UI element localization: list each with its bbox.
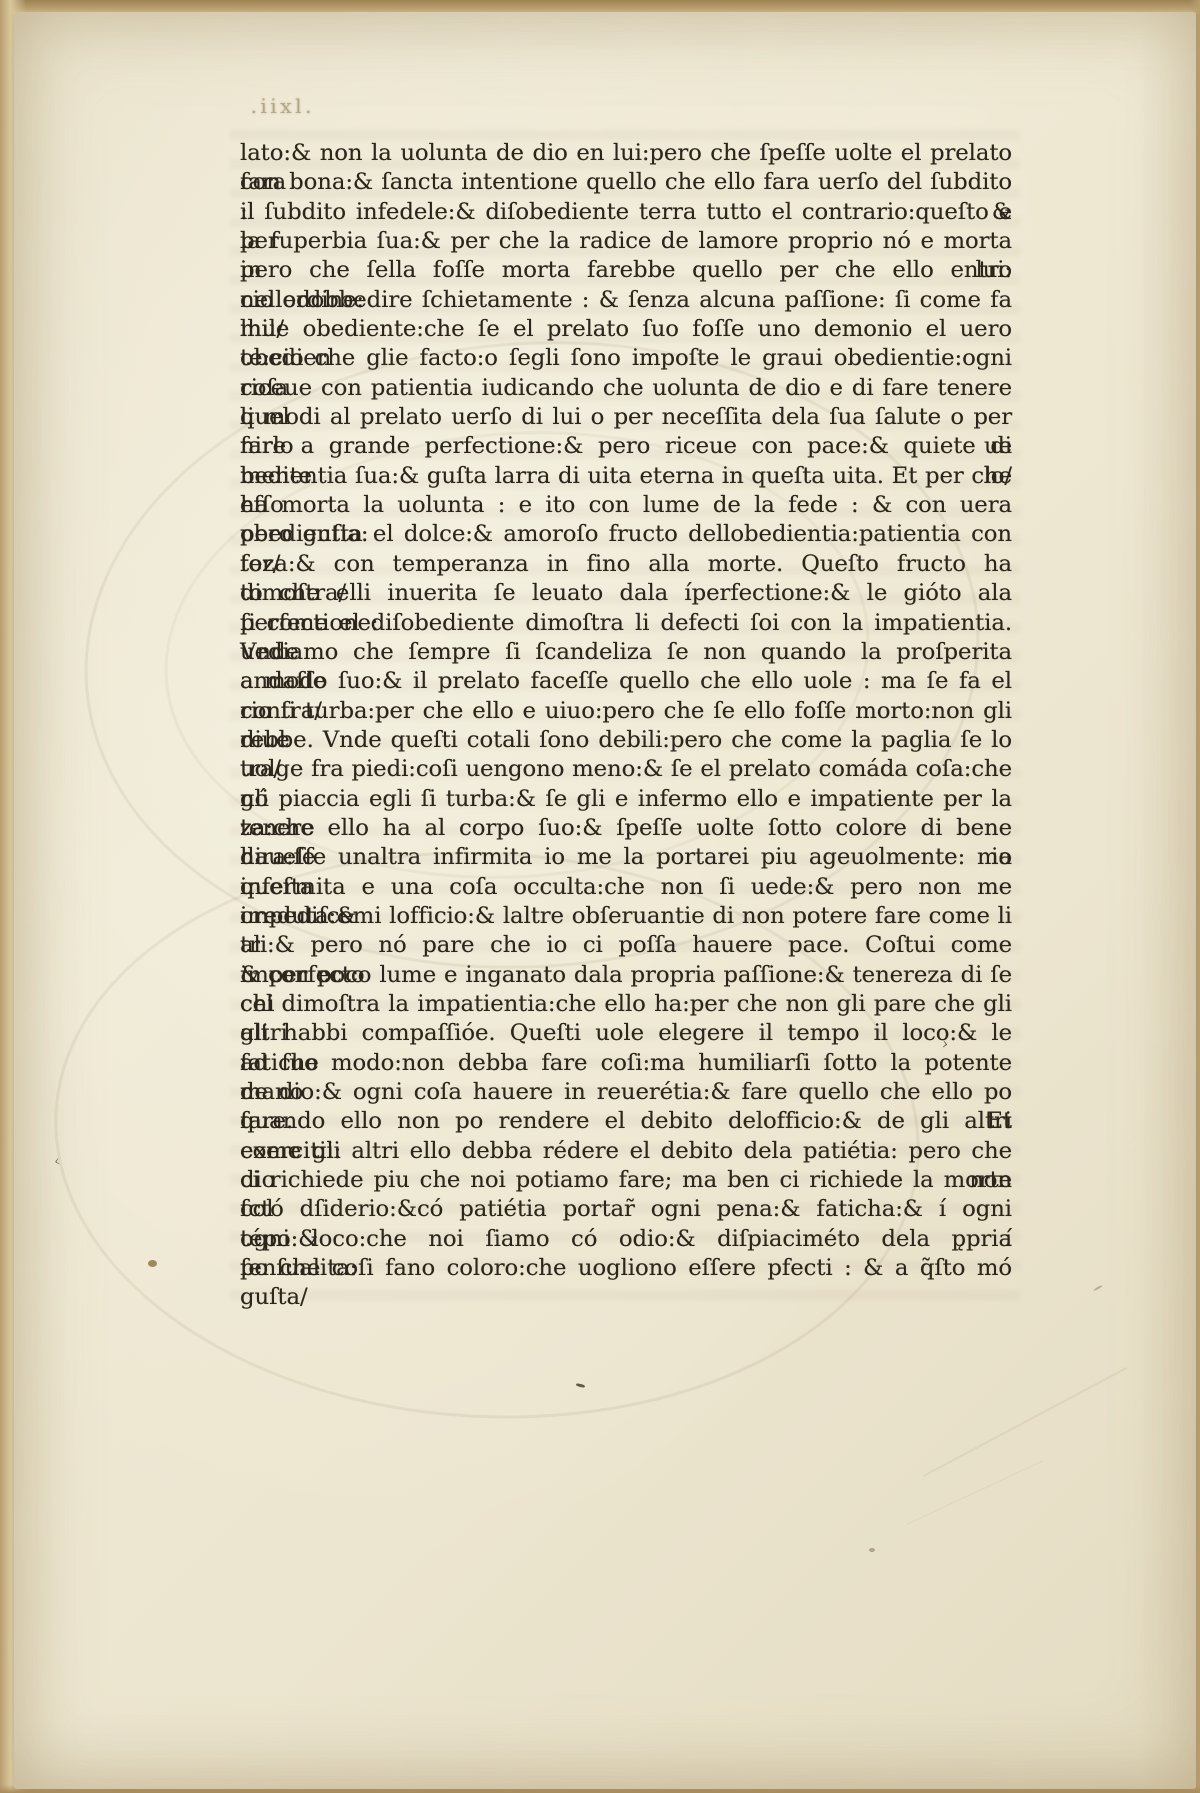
text-line: impediſcemi lofficio:& laltre obſeruanti…: [240, 902, 1012, 931]
text-line: ha morta la uolunta : e ito con lume de …: [240, 491, 1012, 520]
text-line: ci richiede piu che noi potiamo fare; ma…: [240, 1166, 1012, 1195]
main-text-block: lato:& non la uolunta de dio en lui:pero…: [240, 139, 1012, 1283]
text-line: po che coſi fano coloro:che uogliono eſſ…: [240, 1254, 1012, 1283]
text-line: rio ſi turba:per che ello e uiuo:pero ch…: [240, 697, 1012, 726]
text-line: te:cio che glie facto:o ſegli ſono impoſ…: [240, 344, 1012, 373]
text-line: lato:& non la uolunta de dio en lui:pero…: [240, 139, 1012, 168]
text-line: il ſubdito infedele:& diſobediente terra…: [240, 198, 1012, 227]
scanned-book-page: .iixl. lato:& non la uolunta de dio en l…: [0, 0, 1200, 1793]
text-line: cio edobbedire ſchietamente : & ſenza al…: [240, 286, 1012, 315]
text-line: ogni loco:che noi ſiamo có odio:& diſpia…: [240, 1225, 1012, 1254]
text-line: pero che ſella foſſe morta farebbe quell…: [240, 256, 1012, 285]
folio-signature-mark: .iixl.: [250, 94, 314, 118]
text-line: riceue con patientia iudicando che uolun…: [240, 374, 1012, 403]
text-line: haueſſe unaltra infirmita io me la porta…: [240, 843, 1012, 872]
text-line: gli habbi compaſſióe. Queſti uole eleger…: [240, 1019, 1012, 1048]
text-line: come gli altri ello debba rédere el debi…: [240, 1137, 1012, 1166]
text-line: mile obediente:che ſe el prelato ſuo foſ…: [240, 315, 1012, 344]
text-line: tri:& pero nó pare che io ci poſſa hauer…: [240, 931, 1012, 960]
text-line: teza:& con temperanza in fino alla morte…: [240, 550, 1012, 579]
text-line: nire a grande perfectione:& pero riceue …: [240, 432, 1012, 461]
text-line: & con poco lume e inganato dala propria …: [240, 961, 1012, 990]
ink-speck: [148, 1260, 157, 1267]
text-line: za:che ello ha al corpo ſuo:& ſpeſſe uol…: [240, 814, 1012, 843]
text-line: infermita e una coſa occulta:che non ſi …: [240, 873, 1012, 902]
text-line: la ſuperbia ſua:& per che la radice de l…: [240, 227, 1012, 256]
text-line: rebbe. Vnde queſti cotali ſono debili:pe…: [240, 726, 1012, 755]
text-line: bedientia ſua:& guſta larra di uita eter…: [240, 462, 1012, 491]
text-line: uediamo che ſempre ſi ſcandeliza ſe non …: [240, 638, 1012, 667]
text-line: gli piaccia egli ſi turba:& ſe gli e inf…: [240, 785, 1012, 814]
text-line: uolge fra piedi:coſi uengono meno:& ſe e…: [240, 755, 1012, 784]
text-line: a modo ſuo:& il prelato faceſſe quello c…: [240, 667, 1012, 696]
text-line: cel dimoſtra la impatientia:che ello ha:…: [240, 990, 1012, 1019]
ink-speck: [869, 1548, 875, 1552]
text-line: to che elli inuerita ſe leuato dala íper…: [240, 579, 1012, 608]
text-line: de dio:& ogni coſa hauere in reuerétia:&…: [240, 1078, 1012, 1107]
text-line: quando ello non po rendere el debito del…: [240, 1107, 1012, 1136]
text-line: li modi al prelato uerſo di lui o per ne…: [240, 403, 1012, 432]
text-line: ad ſuo modo:non debba fare coſi:ma humil…: [240, 1049, 1012, 1078]
text-line: ſctó dſiderio:&có patiétia portar̃ ogni …: [240, 1195, 1012, 1224]
text-line: pero guſta el dolce:& amoroſo fructo del…: [240, 520, 1012, 549]
text-line: ſi come el diſobediente dimoſtra li defe…: [240, 609, 1012, 638]
text-line: con bona:& ſancta intentione quello che …: [240, 168, 1012, 197]
